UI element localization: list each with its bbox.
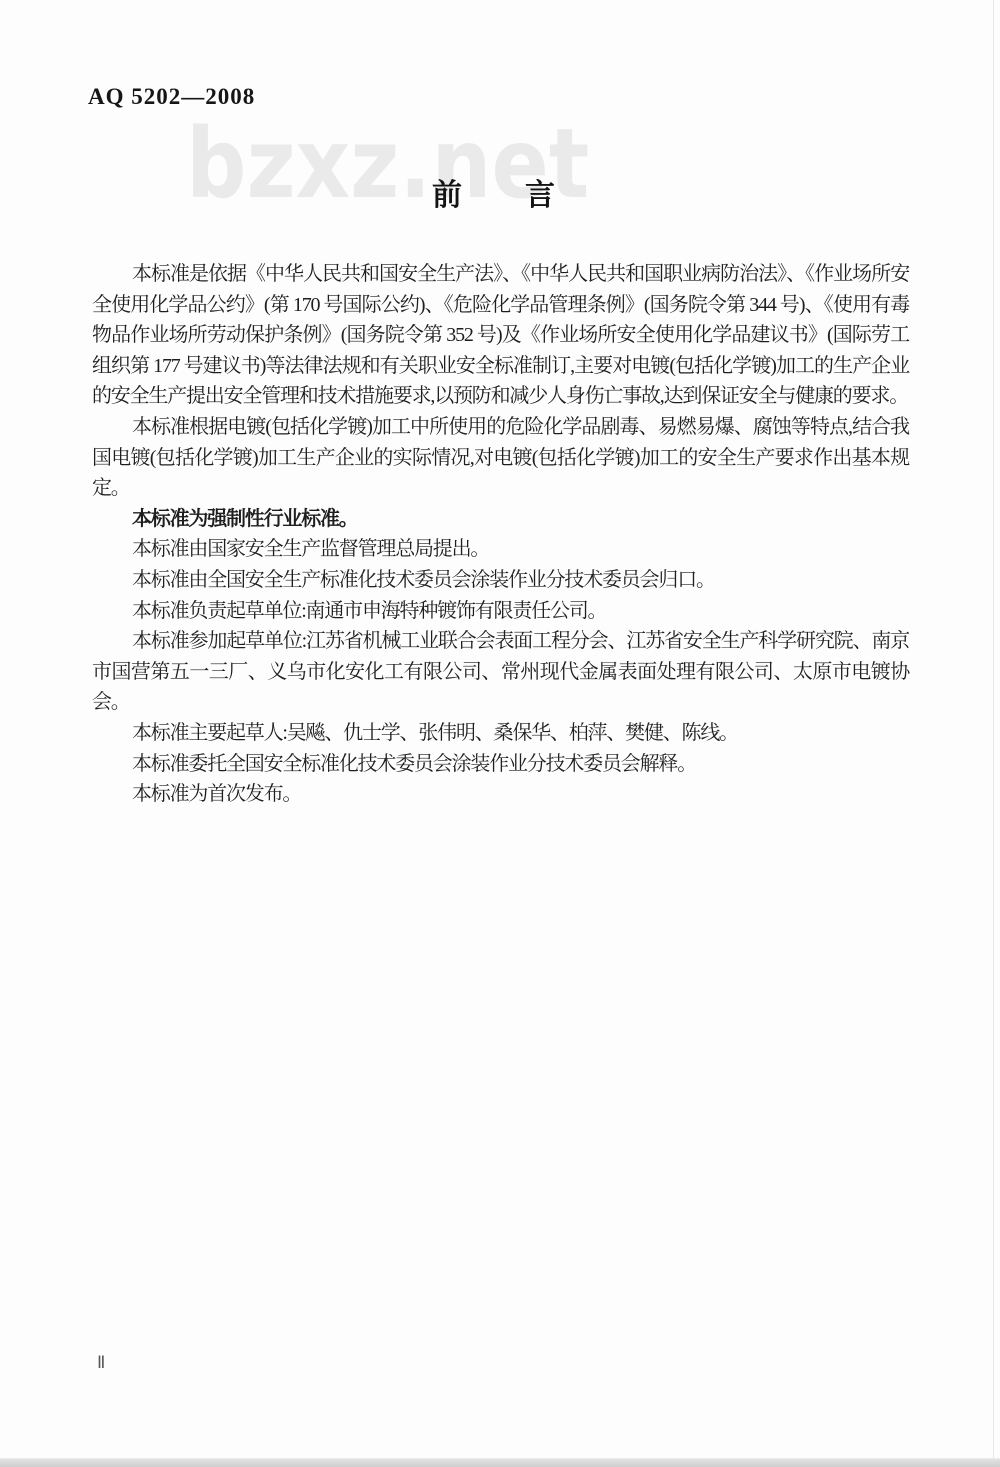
foreword-body: 本标准是依据《中华人民共和国安全生产法》、《中华人民共和国职业病防治法》、《作业… (92, 259, 909, 810)
foreword-paragraph: 本标准参加起草单位:江苏省机械工业联合会表面工程分会、江苏省安全生产科学研究院、… (92, 626, 909, 718)
standard-code: AQ 5202—2008 (88, 84, 255, 110)
scan-edge-artifact-right (993, 0, 994, 1467)
foreword-paragraph: 本标准负责起草单位:南通市申海特种镀饰有限责任公司。 (92, 596, 909, 627)
foreword-paragraph-mandatory-note: 本标准为强制性行业标准。 (92, 504, 909, 535)
foreword-paragraph: 本标准根据电镀(包括化学镀)加工中所使用的危险化学品剧毒、易燃易爆、腐蚀等特点,… (92, 412, 909, 504)
foreword-paragraph: 本标准由全国安全生产标准化技术委员会涂装作业分技术委员会归口。 (92, 565, 909, 596)
foreword-paragraph: 本标准是依据《中华人民共和国安全生产法》、《中华人民共和国职业病防治法》、《作业… (92, 259, 909, 412)
scan-edge-artifact-bottom (0, 1458, 1000, 1467)
page-number: Ⅱ (97, 1353, 105, 1373)
page-title: 前 言 (432, 170, 556, 214)
foreword-paragraph: 本标准委托全国安全标准化技术委员会涂装作业分技术委员会解释。 (92, 749, 909, 780)
foreword-paragraph: 本标准由国家安全生产监督管理总局提出。 (92, 534, 909, 565)
foreword-paragraph: 本标准为首次发布。 (92, 779, 909, 810)
foreword-paragraph: 本标准主要起草人:吴飚、仇士学、张伟明、桑保华、柏萍、樊健、陈线。 (92, 718, 909, 749)
scanned-document-page: AQ 5202—2008 bzxz.net 前 言 本标准是依据《中华人民共和国… (0, 0, 1000, 1467)
